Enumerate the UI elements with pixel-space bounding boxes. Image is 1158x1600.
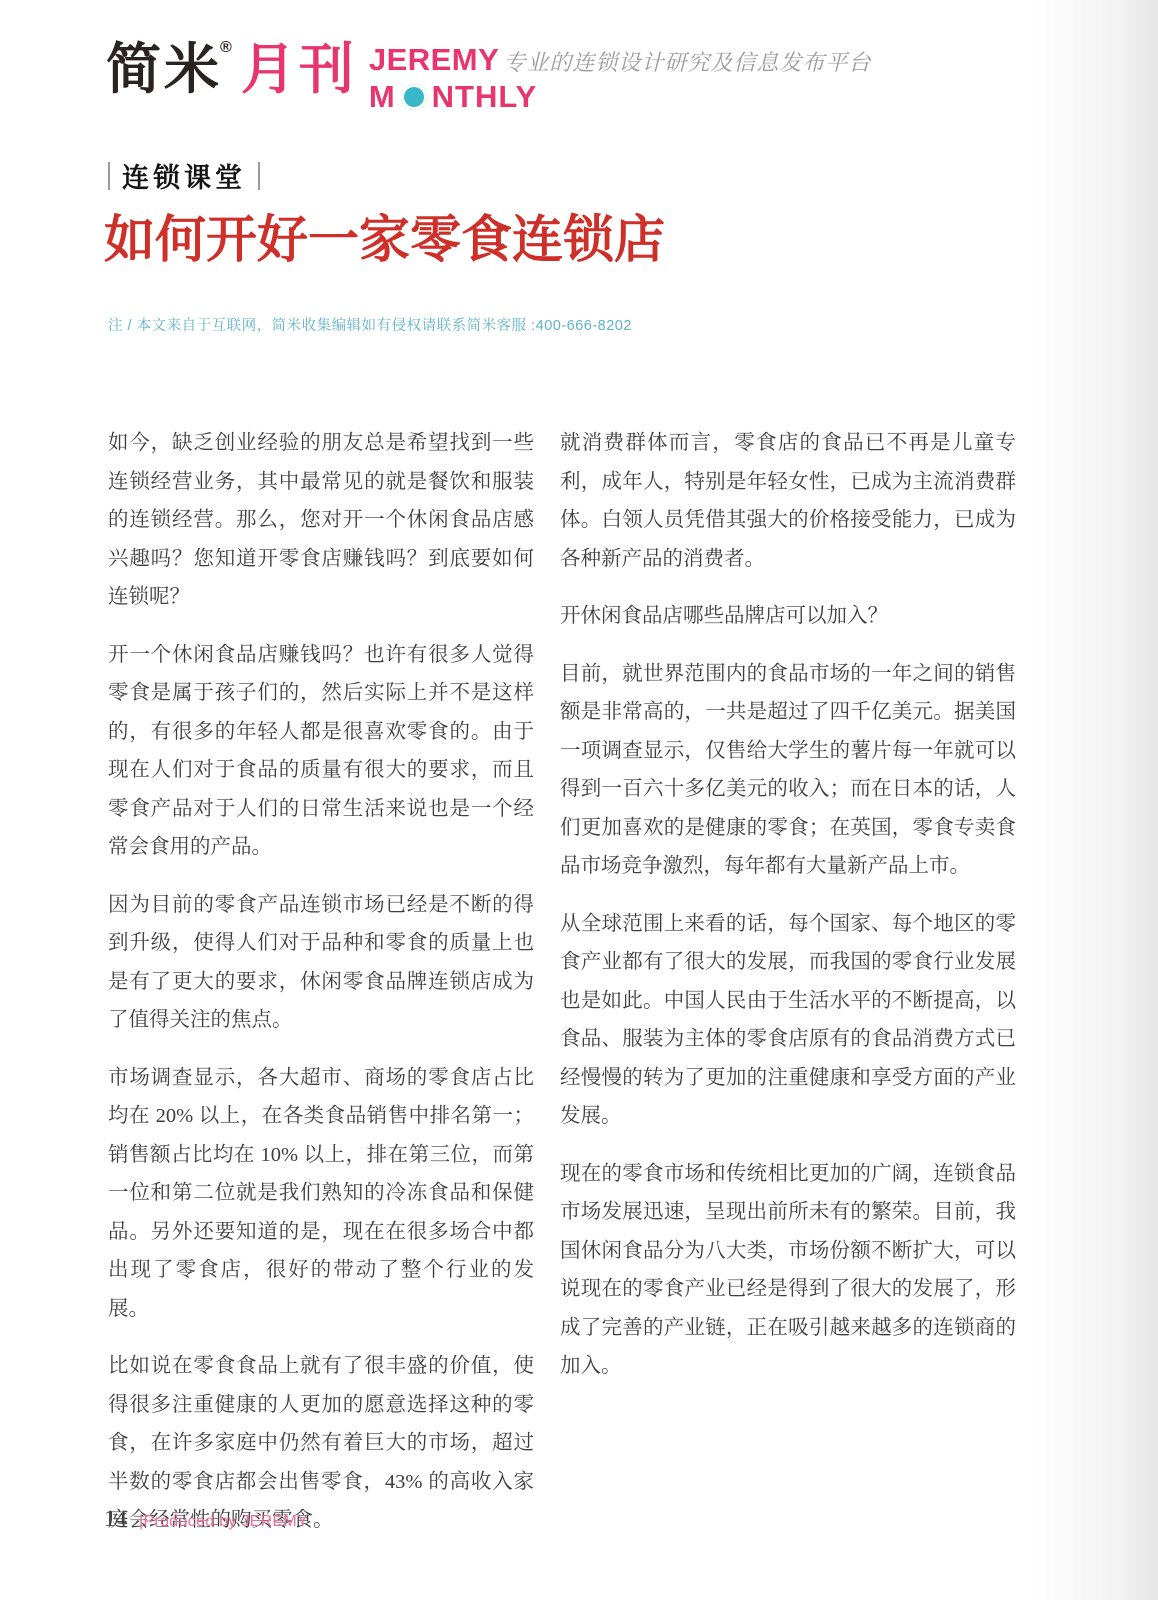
- logo-monthly-text: M NTHLY: [369, 79, 872, 115]
- logo-tagline: 专业的连锁设计研究及信息发布平台: [503, 46, 871, 77]
- paragraph: 开一个休闲食品店赚钱吗？也许有很多人觉得零食是属于孩子们的，然后实际上并不是这样…: [108, 636, 534, 867]
- question-subhead: 开休闲食品店哪些品牌店可以加入？: [560, 597, 1016, 636]
- section-divider-left: [108, 162, 110, 190]
- paragraph: 现在的零食市场和传统相比更加的广阔，连锁食品市场发展迅速，呈现出前所未有的繁荣。…: [560, 1155, 1016, 1386]
- footer-credit: |Produced by JEREMY: [139, 1513, 308, 1531]
- logo-jianmi-text: 简米: [106, 38, 222, 100]
- magazine-page: 简米® 月刊 JEREMY 专业的连锁设计研究及信息发布平台 M NTHLY 连…: [0, 0, 1158, 1600]
- paragraph: 从全球范围上来看的话，每个国家、每个地区的零食产业都有了很大的发展，而我国的零食…: [560, 905, 1016, 1136]
- page-footer: 14 |Produced by JEREMY: [104, 1506, 308, 1532]
- monthly-o-circle-icon: [401, 84, 427, 110]
- registered-trademark-icon: ®: [220, 39, 235, 56]
- paragraph: 因为目前的零食产品连锁市场已经是不断的得到升级，使得人们对于品种和零食的质量上也…: [108, 886, 534, 1040]
- logo-jianmi: 简米®: [106, 33, 235, 105]
- paragraph: 就消费群体而言，零食店的食品已不再是儿童专利，成年人，特别是年轻女性，已成为主流…: [560, 424, 1016, 578]
- logo-monthly-nthly: NTHLY: [432, 79, 537, 115]
- paragraph: 市场调查显示，各大超市、商场的零食店占比均在 20% 以上，在各类食品销售中排名…: [108, 1059, 534, 1329]
- logo-english-block: JEREMY 专业的连锁设计研究及信息发布平台 M NTHLY: [369, 33, 872, 115]
- article-title: 如何开好一家零食连锁店: [104, 198, 665, 272]
- right-column: 就消费群体而言，零食店的食品已不再是儿童专利，成年人，特别是年轻女性，已成为主流…: [560, 424, 1016, 1559]
- section-divider-right: [258, 162, 260, 190]
- logo-yuekan-text: 月刊: [241, 33, 357, 105]
- section-label: 连锁课堂: [122, 156, 246, 195]
- source-note: 注 / 本文来自于互联网，简米收集编辑如有侵权请联系简米客服 :400-666-…: [108, 314, 632, 335]
- paragraph: 如今，缺乏创业经验的朋友总是希望找到一些连锁经营业务，其中最常见的就是餐饮和服装…: [108, 424, 534, 617]
- page-number: 14: [104, 1506, 127, 1532]
- left-column: 如今，缺乏创业经验的朋友总是希望找到一些连锁经营业务，其中最常见的就是餐饮和服装…: [108, 424, 534, 1559]
- logo-jeremy-text: JEREMY: [369, 42, 499, 78]
- article-body: 如今，缺乏创业经验的朋友总是希望找到一些连锁经营业务，其中最常见的就是餐饮和服装…: [108, 424, 1016, 1559]
- logo-monthly-m: M: [369, 79, 396, 115]
- section-tag: 连锁课堂: [108, 156, 260, 195]
- masthead: 简米® 月刊 JEREMY 专业的连锁设计研究及信息发布平台 M NTHLY: [106, 33, 871, 115]
- paragraph: 目前，就世界范围内的食品市场的一年之间的销售额是非常高的，一共是超过了四千亿美元…: [560, 655, 1016, 886]
